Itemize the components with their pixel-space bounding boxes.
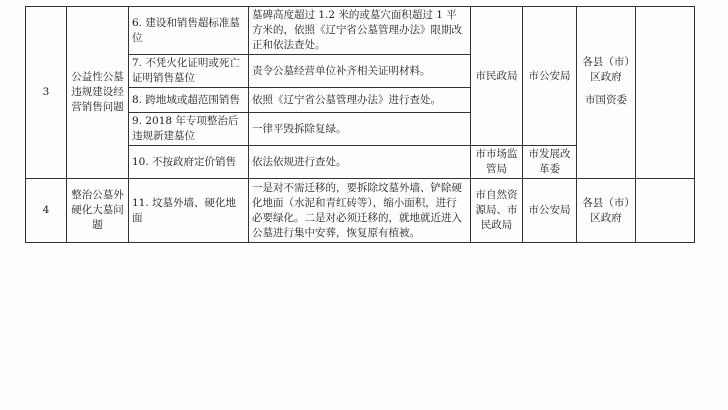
item-cell: 10. 不按政府定价销售 xyxy=(129,146,249,179)
item-cell: 8. 跨地域或超范围销售 xyxy=(129,88,249,113)
item-cell: 6. 建设和销售超标准墓位 xyxy=(129,7,249,55)
table-row: 3 公益性公墓违规建设经营销售问题 6. 建设和销售超标准墓位 墓碑高度超过 1… xyxy=(26,7,695,55)
seq-cell: 3 xyxy=(26,7,67,179)
measure-cell: 依法依规进行查处。 xyxy=(249,146,471,179)
rectification-table: 3 公益性公墓违规建设经营销售问题 6. 建设和销售超标准墓位 墓碑高度超过 1… xyxy=(25,6,695,243)
issue-cell: 整治公墓外硬化大墓问题 xyxy=(67,179,129,243)
lead-dept-cell-2: 市市场监管局 xyxy=(471,146,523,179)
measure-cell: 责令公墓经营单位补齐相关证明材料。 xyxy=(249,55,471,88)
lead-dept-cell: 市民政局 xyxy=(471,7,523,146)
measure-cell: 依照《辽宁省公墓管理办法》进行查处。 xyxy=(249,88,471,113)
responsible-cell: 各县（市）区政府 市国资委 xyxy=(577,7,636,179)
cooperating-dept-cell: 市公安局 xyxy=(523,7,577,146)
note-cell xyxy=(636,7,695,179)
responsible-text: 各县（市）区政府 xyxy=(580,55,632,85)
item-cell: 7. 不凭火化证明或死亡证明销售墓位 xyxy=(129,55,249,88)
responsible-text-2: 市国资委 xyxy=(580,93,632,108)
note-cell xyxy=(636,179,695,243)
measure-cell: 墓碑高度超过 1.2 米的或墓穴面积超过 1 平方米的，依照《辽宁省公墓管理办法… xyxy=(249,7,471,55)
measure-cell: 一律平毁拆除复绿。 xyxy=(249,113,471,146)
measure-cell: 一是对不需迁移的，要拆除坟墓外墙、铲除硬化地面（水泥和青红砖等），缩小面积，进行… xyxy=(249,179,471,243)
item-cell: 9. 2018 年专项整治后违规新建墓位 xyxy=(129,113,249,146)
cooperating-dept-cell-2: 市发展改革委 xyxy=(523,146,577,179)
cooperating-dept-cell: 市公安局 xyxy=(523,179,577,243)
item-cell: 11. 坟墓外墙、硬化地面 xyxy=(129,179,249,243)
seq-cell: 4 xyxy=(26,179,67,243)
lead-dept-cell: 市自然资源局、市民政局 xyxy=(471,179,523,243)
issue-cell: 公益性公墓违规建设经营销售问题 xyxy=(67,7,129,179)
table-row: 4 整治公墓外硬化大墓问题 11. 坟墓外墙、硬化地面 一是对不需迁移的，要拆除… xyxy=(26,179,695,243)
responsible-cell: 各县（市）区政府 xyxy=(577,179,636,243)
